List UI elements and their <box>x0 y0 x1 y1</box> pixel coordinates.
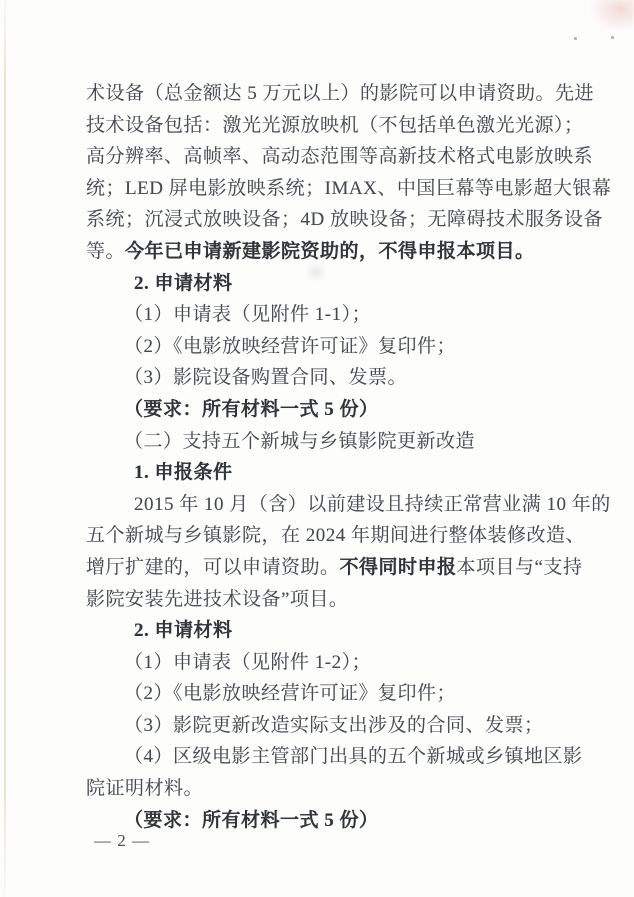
text-run: 增厅扩建的，可以申请资助。 <box>86 557 340 578</box>
scan-edge-line <box>4 0 6 897</box>
text-run-bold: （要求：所有材料一式 5 份） <box>124 399 379 420</box>
scan-artifact-speck <box>574 37 577 40</box>
text-run-bold: （要求：所有材料一式 5 份） <box>124 810 379 831</box>
text-run: 系统；沉浸式放映设备；4D 放映设备；无障碍技术服务设备 <box>86 209 603 230</box>
text-line: 院证明材料。 <box>86 773 584 805</box>
text-line: 统；LED 屏电影放映系统；IMAX、中国巨幕等电影超大银幕 <box>86 173 584 205</box>
text-run: （2）《电影放映经营许可证》复印件； <box>124 683 456 704</box>
list-item: （1）申请表（见附件 1-2）； <box>86 647 584 679</box>
text-run: 高分辨率、高帧率、高动态范围等高新技术格式电影放映系 <box>86 146 593 167</box>
requirement-note: （要求：所有材料一式 5 份） <box>86 805 584 837</box>
text-run: 术设备（总金额达 5 万元以上）的影院可以申请资助。先进 <box>86 83 594 104</box>
list-item: （2）《电影放映经营许可证》复印件； <box>86 331 584 363</box>
text-run: 影院安装先进技术设备”项目。 <box>86 589 348 610</box>
text-run: （1）申请表（见附件 1-2）； <box>124 652 371 673</box>
page-number: — 2 — <box>94 830 150 852</box>
requirement-note: （要求：所有材料一式 5 份） <box>86 394 584 426</box>
text-run: （3）影院更新改造实际支出涉及的合同、发票； <box>124 715 544 736</box>
text-run-bold: 2. 申请材料 <box>134 273 233 294</box>
scan-artifact-speck <box>611 36 614 39</box>
list-item: （3）影院更新改造实际支出涉及的合同、发票； <box>86 710 584 742</box>
section-heading: 1. 申报条件 <box>86 457 584 489</box>
section-heading: 2. 申请材料 <box>86 268 584 300</box>
text-run: （1）申请表（见附件 1-1）； <box>124 304 371 325</box>
text-line: 技术设备包括：激光光源放映机（不包括单色激光光源）； <box>86 110 584 142</box>
text-run-bold: 1. 申报条件 <box>134 462 233 483</box>
text-line: 高分辨率、高帧率、高动态范围等高新技术格式电影放映系 <box>86 141 584 173</box>
text-run: 本项目与“支持 <box>457 557 583 578</box>
text-run: （二）支持五个新城与乡镇影院更新改造 <box>124 431 475 452</box>
document-body: 术设备（总金额达 5 万元以上）的影院可以申请资助。先进 技术设备包括：激光光源… <box>86 78 584 836</box>
text-run: 五个新城与乡镇影院，在 2024 年期间进行整体装修改造、 <box>86 525 585 546</box>
text-run: （3）影院设备购置合同、发票。 <box>124 367 407 388</box>
text-run-bold: 2. 申请材料 <box>134 620 233 641</box>
scanned-document-page: 术设备（总金额达 5 万元以上）的影院可以申请资助。先进 技术设备包括：激光光源… <box>0 0 634 897</box>
text-run-bold: 今年已申请新建影院资助的，不得申报本项目。 <box>125 241 535 262</box>
text-line: 五个新城与乡镇影院，在 2024 年期间进行整体装修改造、 <box>86 520 584 552</box>
text-run: 统；LED 屏电影放映系统；IMAX、中国巨幕等电影超大银幕 <box>86 178 611 199</box>
text-run: 院证明材料。 <box>86 778 203 799</box>
list-item: （3）影院设备购置合同、发票。 <box>86 362 584 394</box>
text-line: 等。今年已申请新建影院资助的，不得申报本项目。 <box>86 236 584 268</box>
section-heading: （二）支持五个新城与乡镇影院更新改造 <box>86 426 584 458</box>
text-line: 术设备（总金额达 5 万元以上）的影院可以申请资助。先进 <box>86 78 584 110</box>
text-line: 系统；沉浸式放映设备；4D 放映设备；无障碍技术服务设备 <box>86 204 584 236</box>
text-run: （4）区级电影主管部门出具的五个新城或乡镇地区影 <box>124 746 583 767</box>
text-line: 影院安装先进技术设备”项目。 <box>86 584 584 616</box>
list-item: （1）申请表（见附件 1-1）； <box>86 299 584 331</box>
scan-artifact-smudge <box>588 0 634 32</box>
text-run: （2）《电影放映经营许可证》复印件； <box>124 336 456 357</box>
text-run: 技术设备包括：激光光源放映机（不包括单色激光光源）； <box>86 115 584 136</box>
text-run-bold: 不得同时申报 <box>340 557 457 578</box>
section-heading: 2. 申请材料 <box>86 615 584 647</box>
list-item: （2）《电影放映经营许可证》复印件； <box>86 678 584 710</box>
text-line: 2015 年 10 月（含）以前建设且持续正常营业满 10 年的 <box>86 489 584 521</box>
text-run: 等。 <box>86 241 125 262</box>
text-line: 增厅扩建的，可以申请资助。不得同时申报本项目与“支持 <box>86 552 584 584</box>
list-item: （4）区级电影主管部门出具的五个新城或乡镇地区影 <box>86 741 584 773</box>
text-run: 2015 年 10 月（含）以前建设且持续正常营业满 10 年的 <box>134 494 611 515</box>
